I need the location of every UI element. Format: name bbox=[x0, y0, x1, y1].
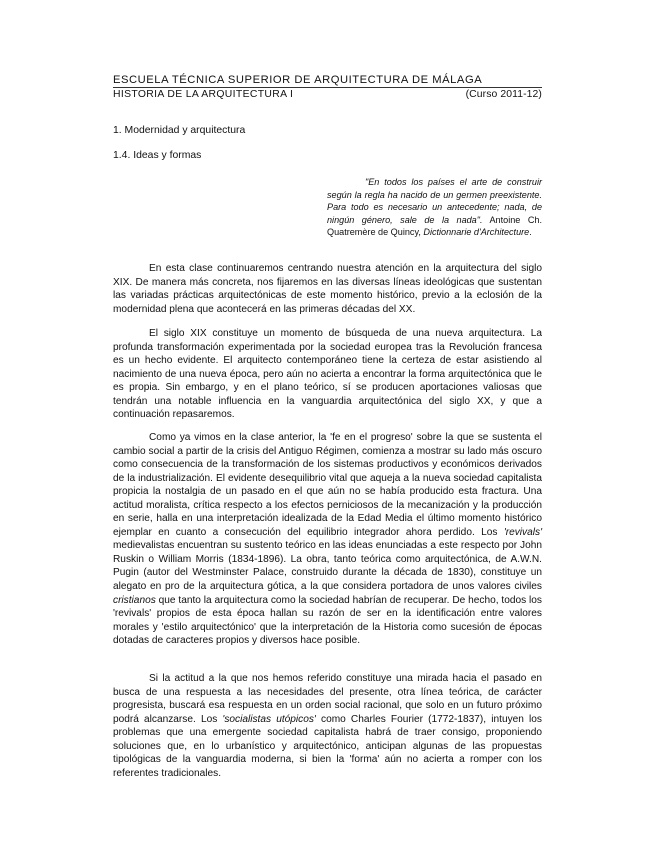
socialistas-utopicos-term: 'socialistas utópicos' bbox=[222, 714, 315, 725]
paragraph-1-text: En esta clase continuaremos centrando nu… bbox=[113, 263, 542, 315]
paragraph-2-text: El siglo XIX constituye un momento de bú… bbox=[113, 328, 542, 420]
header-divider bbox=[113, 87, 542, 88]
epigraph-quote: "En todos los países el arte de construi… bbox=[327, 176, 542, 239]
chapter-heading: 1. Modernidad y arquitectura bbox=[113, 125, 245, 137]
paragraph-1: En esta clase continuaremos centrando nu… bbox=[113, 262, 542, 316]
quote-source: Dictionnarie d'Architecture bbox=[423, 227, 529, 237]
document-page: ESCUELA TÉCNICA SUPERIOR DE ARQUITECTURA… bbox=[0, 0, 655, 848]
paragraph-3: Como ya vimos en la clase anterior, la '… bbox=[113, 431, 542, 648]
course-name: HISTORIA DE LA ARQUITECTURA I bbox=[113, 89, 293, 101]
paragraph-3-text-a: Como ya vimos en la clase anterior, la '… bbox=[113, 432, 542, 538]
revivals-term: 'revivals' bbox=[504, 527, 542, 538]
academic-year: (Curso 2011-12) bbox=[466, 89, 542, 101]
paragraph-2: El siglo XIX constituye un momento de bú… bbox=[113, 327, 542, 422]
paragraph-3-text-e: que tanto la arquitectura como la socied… bbox=[113, 595, 542, 647]
paragraph-4: Si la actitud a la que nos hemos referid… bbox=[113, 672, 542, 780]
paragraph-3-text-c: medievalistas encuentran su sustento teó… bbox=[113, 540, 542, 592]
school-name: ESCUELA TÉCNICA SUPERIOR DE ARQUITECTURA… bbox=[113, 74, 542, 86]
course-row: HISTORIA DE LA ARQUITECTURA I (Curso 201… bbox=[113, 89, 542, 101]
quote-end: . bbox=[529, 227, 532, 237]
document-header: ESCUELA TÉCNICA SUPERIOR DE ARQUITECTURA… bbox=[113, 74, 542, 101]
subchapter-heading: 1.4. Ideas y formas bbox=[113, 150, 201, 162]
cristianos-term: cristianos bbox=[113, 595, 156, 606]
